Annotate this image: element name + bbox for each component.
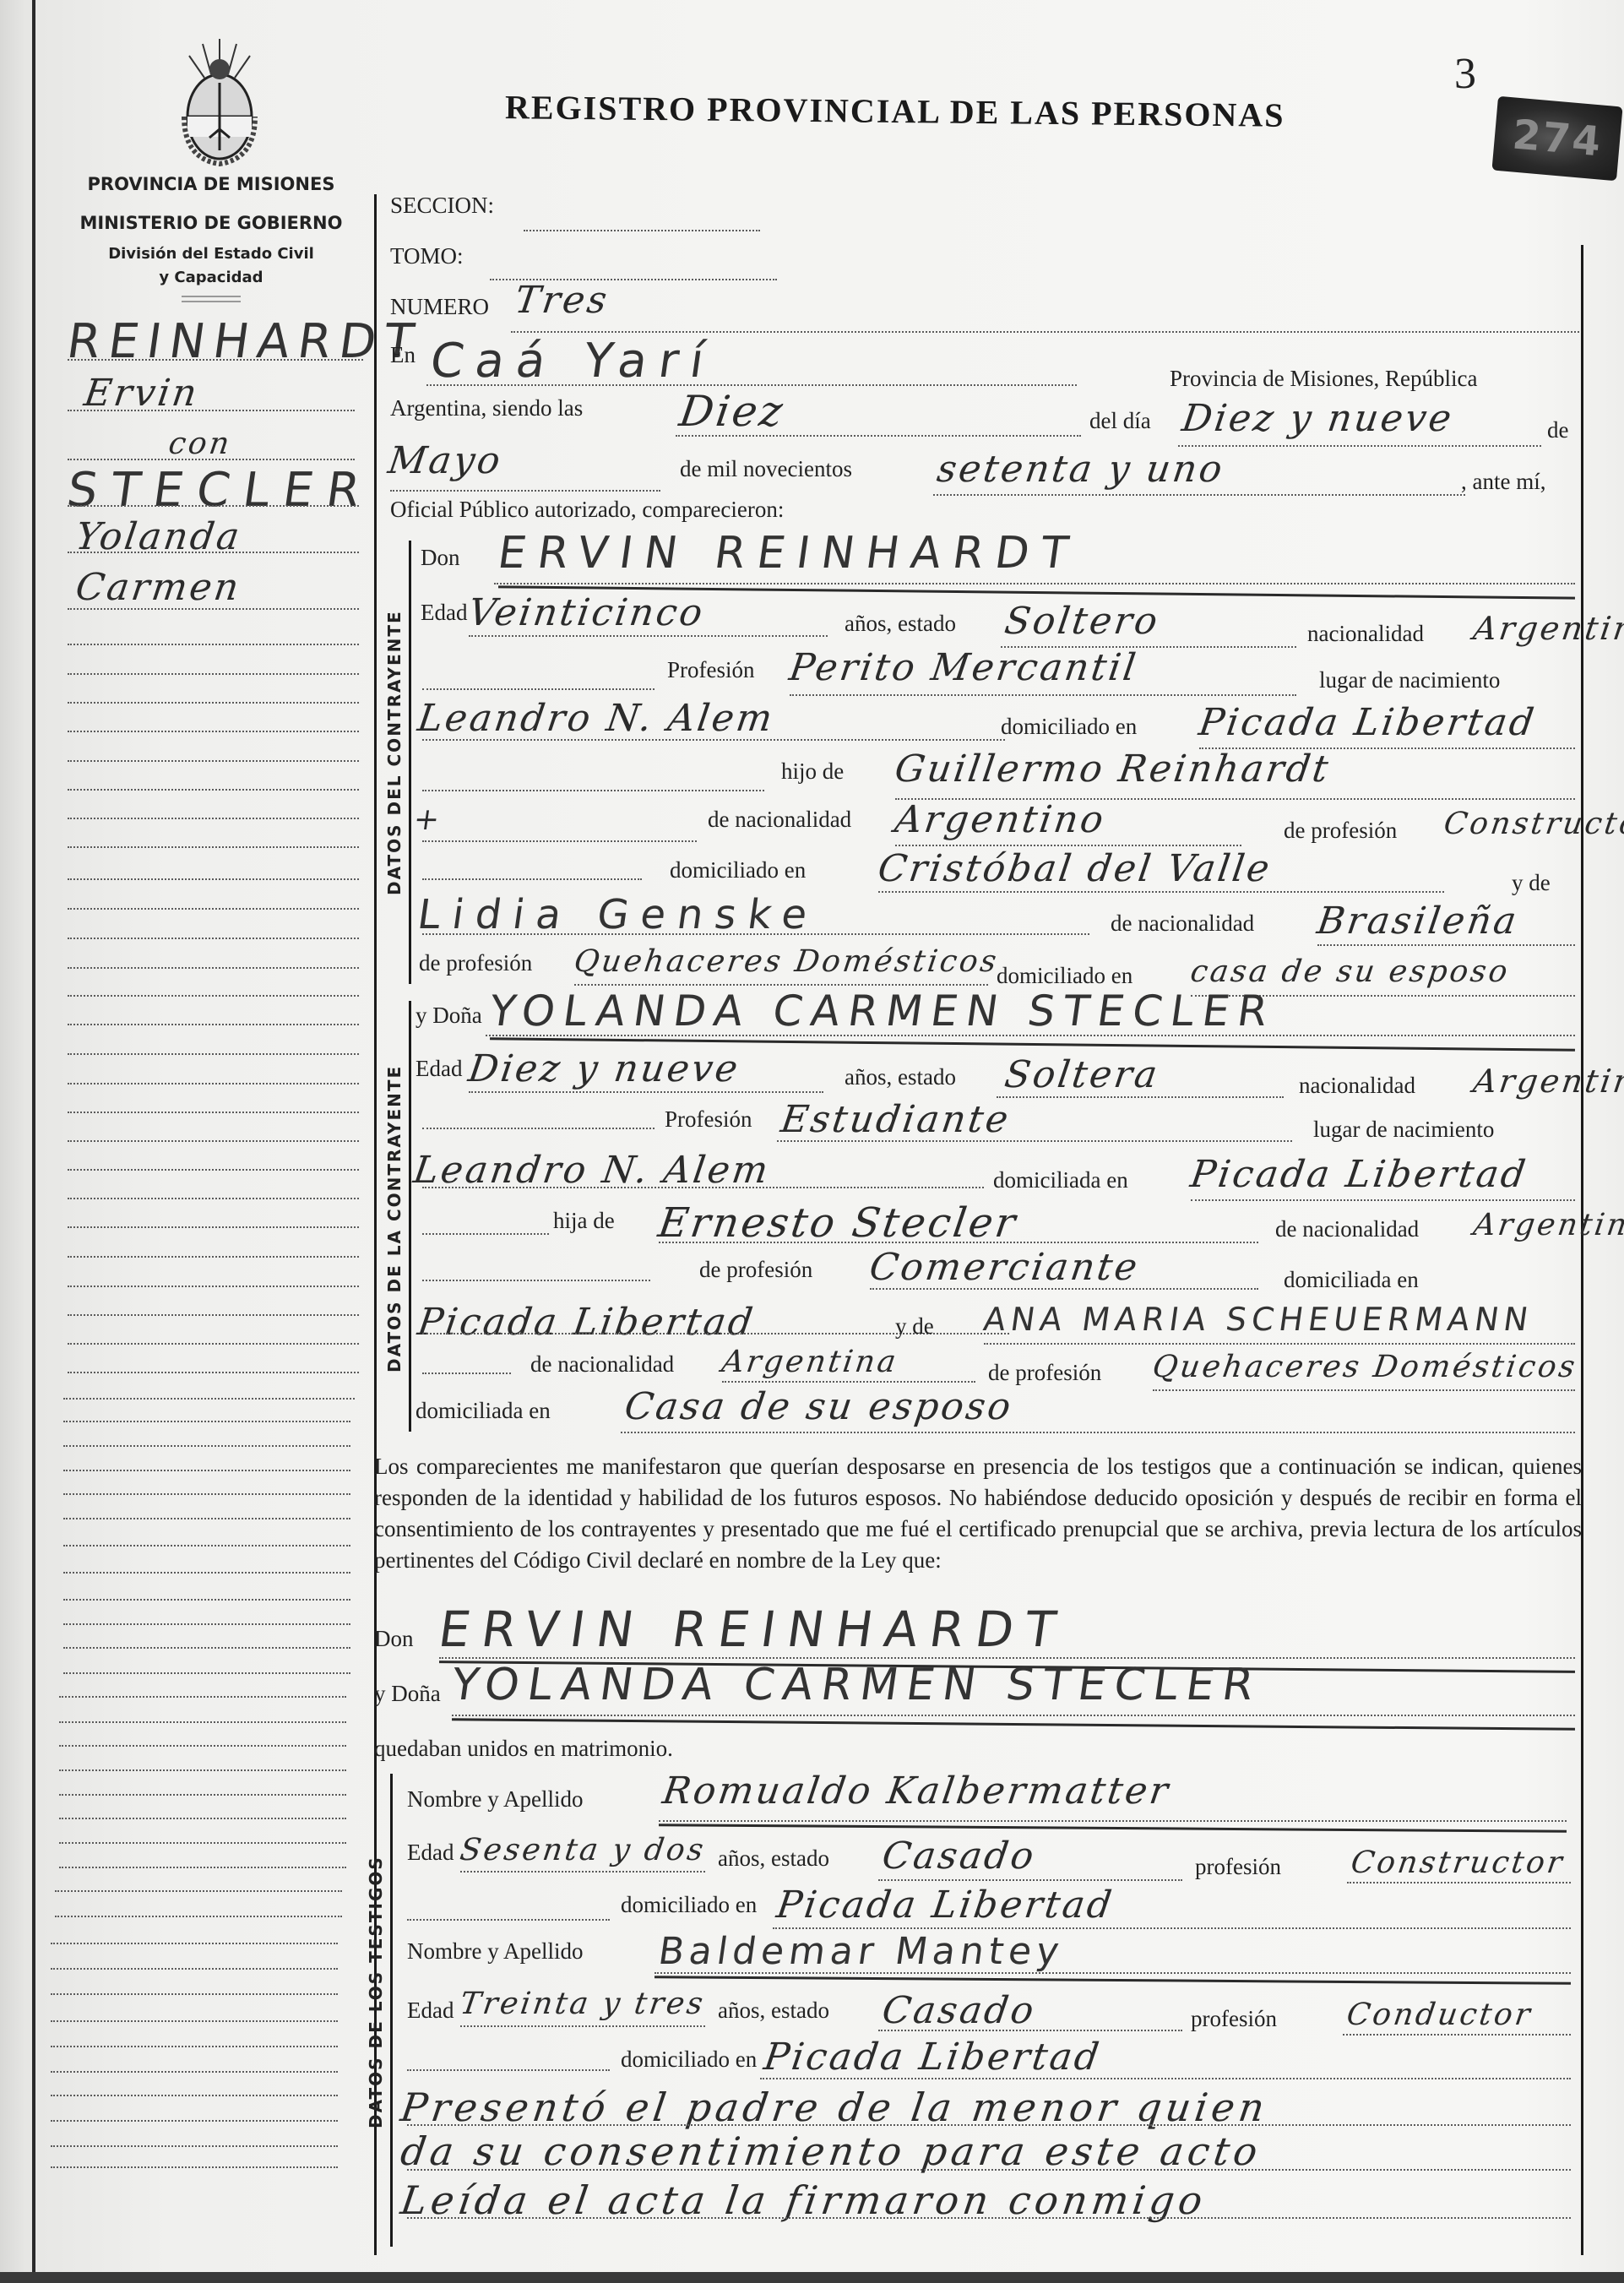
- bride-domicilio-field[interactable]: [1191, 1199, 1575, 1201]
- witness-2-nombre-field[interactable]: [654, 1972, 1571, 1974]
- bride-domiciliada-label: domiciliada en: [993, 1167, 1128, 1193]
- bride-father-field[interactable]: [659, 1242, 1258, 1243]
- bride-mother-nac-field[interactable]: [722, 1381, 975, 1383]
- provincia-text: Provincia de Misiones, República: [1170, 366, 1477, 392]
- groom-nac-continuation-field[interactable]: [422, 688, 654, 690]
- witness-1-nombre-field[interactable]: [659, 1820, 1567, 1822]
- decl-groom-name: ERVIN REINHARDT: [435, 1601, 1071, 1658]
- witness-1-estado-field[interactable]: [878, 1879, 1182, 1881]
- groom-hijo-label: hijo de: [781, 758, 844, 785]
- bride-age-field[interactable]: [469, 1091, 823, 1093]
- numero-label: NUMERO: [390, 294, 489, 320]
- mil-novecientos-label: de mil novecientos: [680, 456, 852, 482]
- margin-name-groom: Ervin: [81, 372, 202, 415]
- bride-father-prof: Comerciante: [866, 1246, 1142, 1289]
- bride-lugar: Leandro N. Alem: [410, 1149, 773, 1192]
- bride-nacionalidad: Argentina: [1471, 1063, 1624, 1100]
- bride-father-dom-label: domiciliada en: [1284, 1267, 1419, 1293]
- witness-2-profesion-field[interactable]: [1343, 2034, 1571, 2036]
- decl-bride-underline: [452, 1718, 1575, 1731]
- page-title: REGISTRO PROVINCIAL DE LAS PERSONAS: [505, 87, 1285, 135]
- day-field[interactable]: [1178, 445, 1541, 447]
- witness-section-border: [390, 1774, 393, 2247]
- bride-name-field[interactable]: [486, 1035, 1575, 1036]
- margin-surname-bride: STECLER: [63, 463, 377, 518]
- witness-1-profesion-field[interactable]: [1347, 1882, 1571, 1883]
- groom-father-prof-label: de profesión: [1284, 818, 1397, 844]
- witness-1-edad-field[interactable]: [460, 1871, 705, 1873]
- month-field[interactable]: [390, 490, 660, 492]
- groom-domicilio: Picada Libertad: [1196, 701, 1539, 744]
- witness-1-dom-field[interactable]: [773, 1927, 1571, 1929]
- org-line-4: y Capacidad: [68, 269, 355, 286]
- bride-mother: ANA MARIA SCHEUERMANN: [981, 1301, 1535, 1338]
- bride-hija-pre-field[interactable]: [422, 1233, 549, 1235]
- bride-profesion-label: Profesión: [665, 1106, 752, 1133]
- bride-profesion: Estudiante: [778, 1098, 1013, 1141]
- groom-father-pre-field[interactable]: [422, 840, 697, 842]
- witness-1-anos-label: años, estado: [718, 1845, 829, 1872]
- bride-mother-dom: Casa de su esposo: [622, 1385, 1015, 1428]
- witness-1-domicilio: Picada Libertad: [774, 1883, 1116, 1927]
- bride-section-border: [409, 1001, 411, 1432]
- year-value: setenta y uno: [934, 448, 1227, 491]
- witness-1-profesion: Constructor: [1349, 1845, 1567, 1880]
- bride-mother-nac-label: de nacionalidad: [530, 1351, 674, 1378]
- bride-domicilio: Picada Libertad: [1187, 1153, 1530, 1196]
- groom-father: Guillermo Reinhardt: [892, 747, 1333, 791]
- groom-father-dom: Cristóbal del Valle: [875, 847, 1274, 890]
- bride-mother-prof-label: de profesión: [988, 1360, 1101, 1386]
- witness-1-estado: Casado: [879, 1835, 1039, 1878]
- groom-nacionalidad-label: nacionalidad: [1307, 621, 1424, 647]
- bride-anos-label: años, estado: [845, 1064, 956, 1090]
- bride-estado: Soltera: [1002, 1053, 1162, 1096]
- seccion-label: SECCION:: [390, 193, 494, 219]
- groom-section-label: DATOS DEL CONTRAYENTE: [384, 610, 405, 895]
- numero-value: Tres: [512, 279, 611, 322]
- bride-mother-pre-field[interactable]: [422, 1373, 511, 1374]
- margin-name-bride-2: Carmen: [73, 566, 243, 609]
- bride-mother-field[interactable]: [984, 1343, 1575, 1345]
- year-field[interactable]: [933, 494, 1465, 496]
- bride-lugar-label: lugar de nacimiento: [1313, 1117, 1494, 1143]
- org-line-1: PROVINCIA DE MISIONES: [68, 174, 355, 194]
- argentine-coat-of-arms-icon: [169, 32, 270, 167]
- groom-mother-prof: Quehaceres Domésticos: [572, 944, 1001, 979]
- bride-father-prof-label: de profesión: [699, 1257, 812, 1283]
- org-divider: [182, 296, 241, 302]
- groom-father-nac-label: de nacionalidad: [708, 807, 851, 833]
- decl-bride-field[interactable]: [452, 1715, 1575, 1716]
- del-dia-label: del día: [1089, 408, 1151, 434]
- margin-surname-groom: REINHARDT: [63, 314, 425, 369]
- groom-name: ERVIN REINHARDT: [495, 528, 1084, 579]
- witness-note-2-line[interactable]: [407, 2169, 1571, 2171]
- bride-father-prof-field[interactable]: [870, 1288, 1258, 1290]
- witness-2-anos-label: años, estado: [718, 1998, 829, 2024]
- bride-age: Diez y nueve: [465, 1047, 742, 1090]
- bride-hija-label: hija de: [553, 1208, 615, 1234]
- witness-note-1-line[interactable]: [407, 2124, 1571, 2126]
- argentina-label: Argentina, siendo las: [390, 395, 583, 421]
- tomo-label: TOMO:: [390, 243, 464, 269]
- groom-mother-nac-label: de nacionalidad: [1111, 910, 1254, 937]
- witness-2-estado: Casado: [879, 1989, 1039, 2032]
- groom-mother-nac-field[interactable]: [1317, 944, 1575, 946]
- groom-age: Veinticinco: [465, 591, 707, 634]
- decl-groom-field[interactable]: [439, 1657, 1575, 1659]
- bride-nacionalidad-label: nacionalidad: [1299, 1073, 1415, 1099]
- witness-2-edad-label: Edad: [407, 1998, 454, 2024]
- bride-father-nac-label: de nacionalidad: [1275, 1216, 1419, 1242]
- org-line-2: MINISTERIO DE GOBIERNO: [68, 213, 355, 233]
- place-value: Caá Yarí: [426, 334, 719, 389]
- bride-father-nac: Argentino: [1471, 1208, 1624, 1242]
- witness-1-nombre: Romualdo Kalbermatter: [660, 1769, 1173, 1813]
- bride-name: YOLANDA CARMEN STECLER: [486, 987, 1279, 1036]
- bride-father-nac-cont-field[interactable]: [422, 1280, 650, 1281]
- bride-mother-nac: Argentina: [720, 1345, 900, 1379]
- ante-mi-label: , ante mí,: [1461, 469, 1545, 495]
- groom-father-nac-field[interactable]: [895, 845, 1241, 846]
- groom-hijo-pre-field[interactable]: [422, 790, 764, 791]
- groom-section-border: [409, 541, 411, 984]
- declaration-paragraph: Los comparecientes me manifestaron que q…: [374, 1451, 1582, 1576]
- bride-mother-prof-field[interactable]: [1153, 1389, 1575, 1391]
- witness-2-dom-pre-field[interactable]: [407, 2069, 610, 2071]
- bride-father: Ernesto Stecler: [655, 1199, 1020, 1247]
- groom-name-field[interactable]: [494, 583, 1575, 584]
- bride-nac-continuation-field[interactable]: [422, 1128, 654, 1129]
- groom-father-prof-cont-field[interactable]: [422, 878, 642, 880]
- groom-mother-dom-label: domiciliado en: [997, 963, 1132, 989]
- groom-lugar-field[interactable]: [422, 739, 1005, 741]
- witness-2-profesion-label: profesión: [1191, 2006, 1277, 2032]
- witness-1-nombre-label: Nombre y Apellido: [407, 1786, 583, 1813]
- witness-section-label: DATOS DE LOS TESTIGOS: [366, 1856, 386, 2128]
- witness-note-3-line[interactable]: [407, 2217, 1571, 2219]
- witness-2-nombre-underline: [654, 1976, 1571, 1985]
- groom-mother-prof-label: de profesión: [419, 950, 532, 976]
- bride-yde-label: y de: [895, 1313, 934, 1340]
- groom-father-dom-field[interactable]: [878, 891, 1444, 893]
- groom-profesion-label: Profesión: [667, 657, 755, 683]
- groom-mother: Lidia Genske: [415, 891, 822, 938]
- bride-lugar-field[interactable]: [422, 1187, 984, 1188]
- witness-2-dom-field[interactable]: [760, 2078, 1571, 2079]
- page-bottom-edge: [0, 2272, 1624, 2283]
- bride-dona-label: y Doña: [416, 1003, 482, 1029]
- page-number: 3: [1454, 49, 1476, 99]
- groom-age-field[interactable]: [469, 635, 828, 637]
- bride-mother-dom-label: domiciliada en: [416, 1398, 551, 1424]
- bride-edad-label: Edad: [416, 1056, 462, 1082]
- groom-father-nac: Argentino: [892, 798, 1108, 841]
- registry-stamp: 274: [1491, 96, 1622, 182]
- month-value: Mayo: [385, 439, 505, 482]
- de-label-1: de: [1547, 417, 1568, 443]
- witness-2-edad: Treinta y tres: [458, 1987, 708, 2021]
- witness-note-1: Presentó el padre de la menor quien: [398, 2085, 1271, 2130]
- groom-mother-dom: casa de su esposo: [1188, 954, 1512, 989]
- witness-1-edad: Sesenta y dos: [458, 1833, 708, 1867]
- groom-domiciliado-label: domiciliado en: [1001, 714, 1137, 740]
- hour-value: Diez: [676, 387, 788, 436]
- witness-note-3: Leída el acta la firmaron conmigo: [398, 2177, 1209, 2223]
- groom-mother-nac: Brasileña: [1314, 900, 1521, 943]
- hour-field[interactable]: [676, 435, 1081, 437]
- binding-line: [32, 0, 35, 2283]
- right-border: [1581, 245, 1583, 2255]
- bride-section-label: DATOS DE LA CONTRAYENTE: [384, 1065, 405, 1373]
- en-label: En: [390, 342, 416, 368]
- place-field[interactable]: [426, 384, 1077, 386]
- bride-mother-prof: Quehaceres Domésticos: [1150, 1350, 1579, 1384]
- numero-field[interactable]: [511, 331, 1579, 333]
- witness-1-edad-label: Edad: [407, 1840, 454, 1866]
- witness-2-profesion: Conductor: [1344, 1998, 1534, 2032]
- day-value: Diez y nueve: [1179, 397, 1456, 440]
- groom-mother-field[interactable]: [422, 933, 1089, 935]
- groom-don-label: Don: [421, 545, 460, 571]
- groom-nacionalidad: Argentino: [1471, 610, 1624, 647]
- seccion-field[interactable]: [524, 230, 760, 231]
- bride-profesion-field[interactable]: [777, 1140, 1292, 1142]
- bride-estado-field[interactable]: [997, 1096, 1284, 1098]
- witness-1-dom-label: domiciliado en: [621, 1892, 757, 1918]
- groom-estado: Soltero: [1002, 600, 1162, 643]
- decl-bride-name: YOLANDA CARMEN STECLER: [448, 1660, 1265, 1710]
- groom-father-dom-label: domiciliado en: [670, 857, 806, 883]
- groom-profesion: Perito Mercantil: [786, 646, 1140, 689]
- witness-2-dom-label: domiciliado en: [621, 2047, 757, 2073]
- decl-dona-label: y Doña: [374, 1681, 441, 1707]
- witness-2-domicilio: Picada Libertad: [761, 2036, 1104, 2079]
- groom-yde-label: y de: [1512, 870, 1551, 896]
- groom-lugar-label: lugar de nacimiento: [1319, 667, 1500, 693]
- witness-1-dom-pre-field[interactable]: [407, 1919, 610, 1921]
- witness-2-estado-field[interactable]: [878, 2030, 1182, 2031]
- witness-1-profesion-label: profesión: [1195, 1854, 1281, 1880]
- bride-father-dom: Picada Libertad: [415, 1301, 758, 1344]
- witness-note-2: da su consentimiento para este acto: [398, 2128, 1264, 2174]
- decl-closing: quedaban unidos en matrimonio.: [374, 1736, 673, 1762]
- witness-2-nombre-label: Nombre y Apellido: [407, 1938, 583, 1965]
- bride-mother-dom-field[interactable]: [621, 1432, 1575, 1433]
- groom-father-prof: Constructor: [1442, 807, 1624, 841]
- groom-profesion-field[interactable]: [790, 694, 1296, 696]
- margin-con: con: [166, 427, 234, 461]
- groom-lugar: Leandro N. Alem: [415, 697, 777, 740]
- witness-1-nombre-underline: [659, 1824, 1567, 1833]
- groom-mother-prof-field[interactable]: [574, 984, 988, 986]
- oficial-label: Oficial Público autorizado, compareciero…: [390, 497, 784, 523]
- org-line-3: División del Estado Civil: [68, 245, 355, 263]
- document-page: PROVINCIA DE MISIONES MINISTERIO DE GOBI…: [0, 0, 1624, 2283]
- groom-father-deceased-mark: +: [411, 802, 444, 837]
- groom-anos-label: años, estado: [845, 611, 956, 637]
- witness-2-edad-field[interactable]: [460, 2025, 705, 2027]
- groom-edad-label: Edad: [421, 600, 467, 626]
- decl-don-label: Don: [374, 1626, 414, 1652]
- witness-2-nombre: Baldemar Mantey: [655, 1930, 1067, 1973]
